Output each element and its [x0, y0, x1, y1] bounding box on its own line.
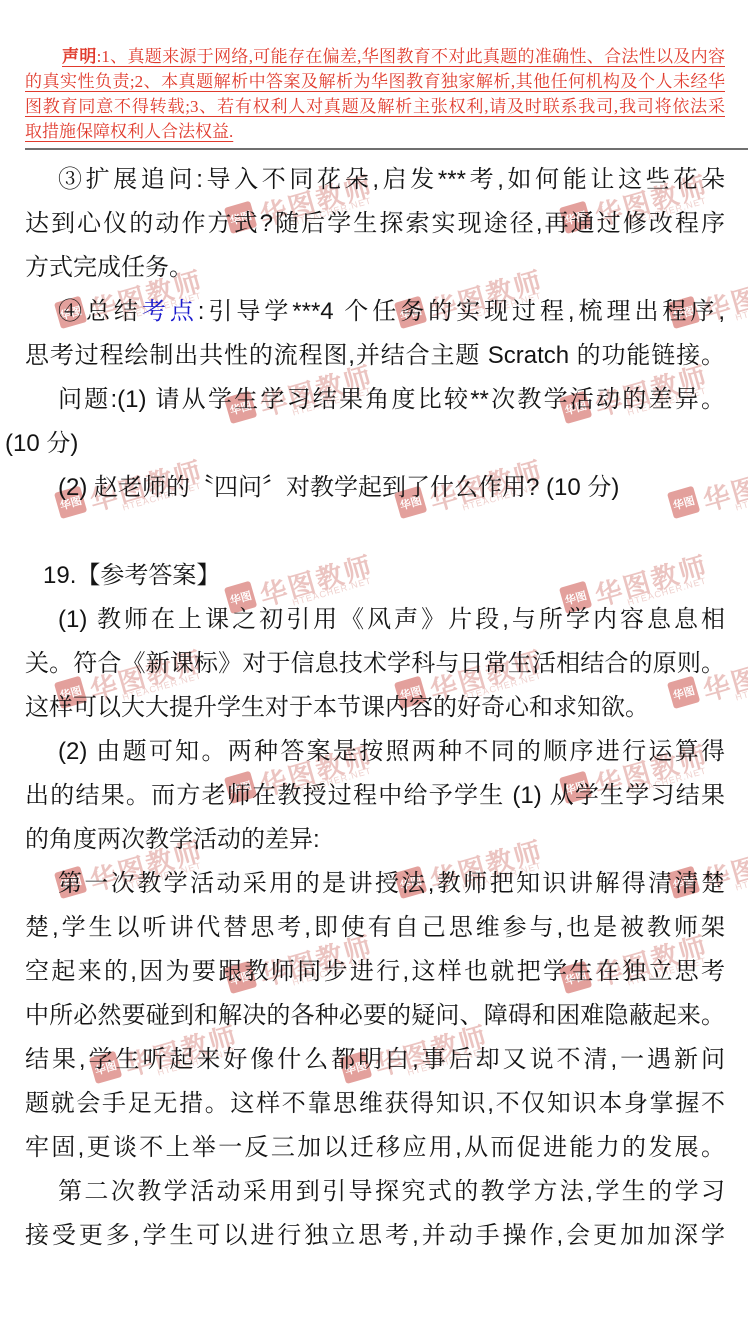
- keyword-highlight: 考点: [142, 298, 198, 325]
- text-line: 第二次教学活动采用到引导探究式的教学方法,学生的学习: [25, 1170, 725, 1214]
- text-segment: ③扩展追问:导入不同花朵,启发***考,如何能让这些花朵: [58, 166, 725, 193]
- text-line: 空起来的,因为要跟教师同步进行,这样也就把学生在独立思考: [25, 950, 725, 994]
- document-body: ③扩展追问:导入不同花朵,启发***考,如何能让这些花朵达到心仪的动作方式?随后…: [25, 158, 725, 1258]
- text-segment: 的真实性负责;2、本真题解析中答案及解析为华图教育独家解析,其他任何机构及个人未…: [25, 72, 725, 91]
- paragraph-answer-1: (1) 教师在上课之初引用《风声》片段,与所学内容息息相关。符合《新课标》对于信…: [25, 598, 725, 730]
- text-line: ③扩展追问:导入不同花朵,启发***考,如何能让这些花朵: [25, 158, 725, 202]
- paragraph-second-activity-analysis: 第二次教学活动采用到引导探究式的教学方法,学生的学习接受更多,学生可以进行独立思…: [25, 1170, 725, 1258]
- text-segment: (1) 教师在上课之初引用《风声》片段,与所学内容息息相: [58, 606, 725, 633]
- text-segment: 楚,学生以听讲代替思考,即使有自己思维参与,也是被教师架: [25, 914, 725, 941]
- text-segment: 19.【参考答案】: [43, 562, 220, 589]
- text-segment: :引导学***4 个任务的实现过程,梳理出程序,: [198, 298, 725, 325]
- text-segment: 思考过程绘制出共性的流程图,并结合主题 Scratch 的功能链接。: [25, 342, 725, 369]
- text-line: 第一次教学活动采用的是讲授法,教师把知识讲解得清清楚: [25, 862, 725, 906]
- text-segment: 空起来的,因为要跟教师同步进行,这样也就把学生在独立思考: [25, 958, 725, 985]
- text-segment: 题就会手足无措。这样不靠思维获得知识,不仅知识本身掌握不: [25, 1090, 725, 1117]
- text-segment: 关。符合《新课标》对于信息技术学科与日常生活相结合的原则。: [25, 650, 725, 677]
- paragraph-expand-inquiry: ③扩展追问:导入不同花朵,启发***考,如何能让这些花朵达到心仪的动作方式?随后…: [25, 158, 725, 290]
- text-line: ④总结考点:引导学***4 个任务的实现过程,梳理出程序,: [25, 290, 725, 334]
- text-line: 题就会手足无措。这样不靠思维获得知识,不仅知识本身掌握不: [25, 1082, 725, 1126]
- paragraph-question-1: 问题:(1) 请从学生学习结果角度比较**次教学活动的差异。(10 分): [25, 378, 725, 466]
- text-line: 关。符合《新课标》对于信息技术学科与日常生活相结合的原则。: [25, 642, 725, 686]
- text-segment: 出的结果。而方老师在教授过程中给予学生 (1) 从学生学习结果: [25, 782, 725, 809]
- text-segment: 的角度两次教学活动的差异:: [25, 826, 320, 853]
- disclaimer-line: 声明:1、真题来源于网络,可能存在偏差,华图教育不对此真题的准确性、合法性以及内…: [25, 44, 725, 69]
- text-segment: 牢固,更谈不上举一反三加以迁移应用,从而促进能力的发展。: [25, 1134, 725, 1161]
- text-segment: ④总结: [58, 298, 142, 325]
- text-line: 这样可以大大提升学生对于本节课内容的好奇心和求知欲。: [25, 686, 725, 730]
- text-line: 牢固,更谈不上举一反三加以迁移应用,从而促进能力的发展。: [25, 1126, 725, 1170]
- text-segment: 方式完成任务。: [25, 254, 193, 281]
- text-segment: 这样可以大大提升学生对于本节课内容的好奇心和求知欲。: [25, 694, 649, 721]
- paragraph-answer-2-intro: (2) 由题可知。两种答案是按照两种不同的顺序进行运算得出的结果。而方老师在教授…: [25, 730, 725, 862]
- text-segment: (2) 赵老师的〝四问〞对教学起到了什么作用? (10 分): [58, 474, 619, 501]
- text-segment: 第二次教学活动采用到引导探究式的教学方法,学生的学习: [58, 1178, 725, 1205]
- paragraph-summary-keypoint: ④总结考点:引导学***4 个任务的实现过程,梳理出程序,思考过程绘制出共性的流…: [25, 290, 725, 378]
- watermark-subtext: HTEACHER.NET: [734, 670, 748, 702]
- disclaimer-line: 的真实性负责;2、本真题解析中答案及解析为华图教育独家解析,其他任何机构及个人未…: [25, 69, 725, 94]
- text-line: (1) 教师在上课之初引用《风声》片段,与所学内容息息相: [25, 598, 725, 642]
- disclaimer-line: 图教育同意不得转载;3、若有权利人对真题及解析主张权利,请及时联系我司,我司将依…: [25, 94, 725, 119]
- text-line: (2) 由题可知。两种答案是按照两种不同的顺序进行运算得: [25, 730, 725, 774]
- text-line: 问题:(1) 请从学生学习结果角度比较**次教学活动的差异。: [25, 378, 725, 422]
- text-segment: 问题:(1) 请从学生学习结果角度比较**次教学活动的差异。: [58, 386, 725, 413]
- text-segment: 结果,学生听起来好像什么都明白,事后却又说不清,一遇新问: [25, 1046, 725, 1073]
- text-segment: 取措施保障权利人合法权益.: [25, 122, 233, 141]
- text-line: (2) 赵老师的〝四问〞对教学起到了什么作用? (10 分): [25, 466, 725, 510]
- text-line: 楚,学生以听讲代替思考,即使有自己思维参与,也是被教师架: [25, 906, 725, 950]
- text-segment: 接受更多,学生可以进行独立思考,并动手操作,会更加加深学: [25, 1222, 725, 1249]
- text-segment: 第一次教学活动采用的是讲授法,教师把知识讲解得清清楚: [58, 870, 725, 897]
- text-line: 方式完成任务。: [25, 246, 725, 290]
- paragraph-question-2: (2) 赵老师的〝四问〞对教学起到了什么作用? (10 分): [25, 466, 725, 510]
- text-line: 结果,学生听起来好像什么都明白,事后却又说不清,一遇新问: [25, 1038, 725, 1082]
- document-page: 华图华图教师HTEACHER.NET华图华图教师HTEACHER.NET华图华图…: [0, 0, 748, 1335]
- text-segment: :1、真题来源于网络,可能存在偏差,华图教育不对此真题的准确性、合法性以及内容: [97, 47, 725, 66]
- text-line: 19.【参考答案】: [25, 554, 725, 598]
- content-divider: [25, 148, 748, 150]
- text-segment: (10 分): [5, 430, 78, 457]
- text-line: 思考过程绘制出共性的流程图,并结合主题 Scratch 的功能链接。: [25, 334, 725, 378]
- disclaimer-label: 声明: [62, 47, 97, 66]
- disclaimer: 声明:1、真题来源于网络,可能存在偏差,华图教育不对此真题的准确性、合法性以及内…: [25, 44, 725, 144]
- text-line: 中所必然要碰到和解决的各种必要的疑问、障碍和困难隐蔽起来。: [25, 994, 725, 1038]
- text-segment: 达到心仪的动作方式?随后学生探索实现途径,再通过修改程序: [25, 210, 725, 237]
- watermark-subtext: HTEACHER.NET: [734, 290, 748, 322]
- text-line: 达到心仪的动作方式?随后学生探索实现途径,再通过修改程序: [25, 202, 725, 246]
- text-line: 出的结果。而方老师在教授过程中给予学生 (1) 从学生学习结果: [25, 774, 725, 818]
- paragraph-first-activity-analysis: 第一次教学活动采用的是讲授法,教师把知识讲解得清清楚楚,学生以听讲代替思考,即使…: [25, 862, 725, 1170]
- text-segment: (2) 由题可知。两种答案是按照两种不同的顺序进行运算得: [58, 738, 725, 765]
- text-line: (10 分): [5, 422, 725, 466]
- watermark-subtext: HTEACHER.NET: [734, 480, 748, 512]
- text-segment: 中所必然要碰到和解决的各种必要的疑问、障碍和困难隐蔽起来。: [25, 1002, 725, 1029]
- watermark-subtext: HTEACHER.NET: [734, 860, 748, 892]
- disclaimer-line: 取措施保障权利人合法权益.: [25, 119, 725, 144]
- text-line: 的角度两次教学活动的差异:: [25, 818, 725, 862]
- text-line: 接受更多,学生可以进行独立思考,并动手操作,会更加加深学: [25, 1214, 725, 1258]
- text-segment: 图教育同意不得转载;3、若有权利人对真题及解析主张权利,请及时联系我司,我司将依…: [25, 97, 725, 116]
- paragraph-answer-heading: 19.【参考答案】: [25, 554, 725, 598]
